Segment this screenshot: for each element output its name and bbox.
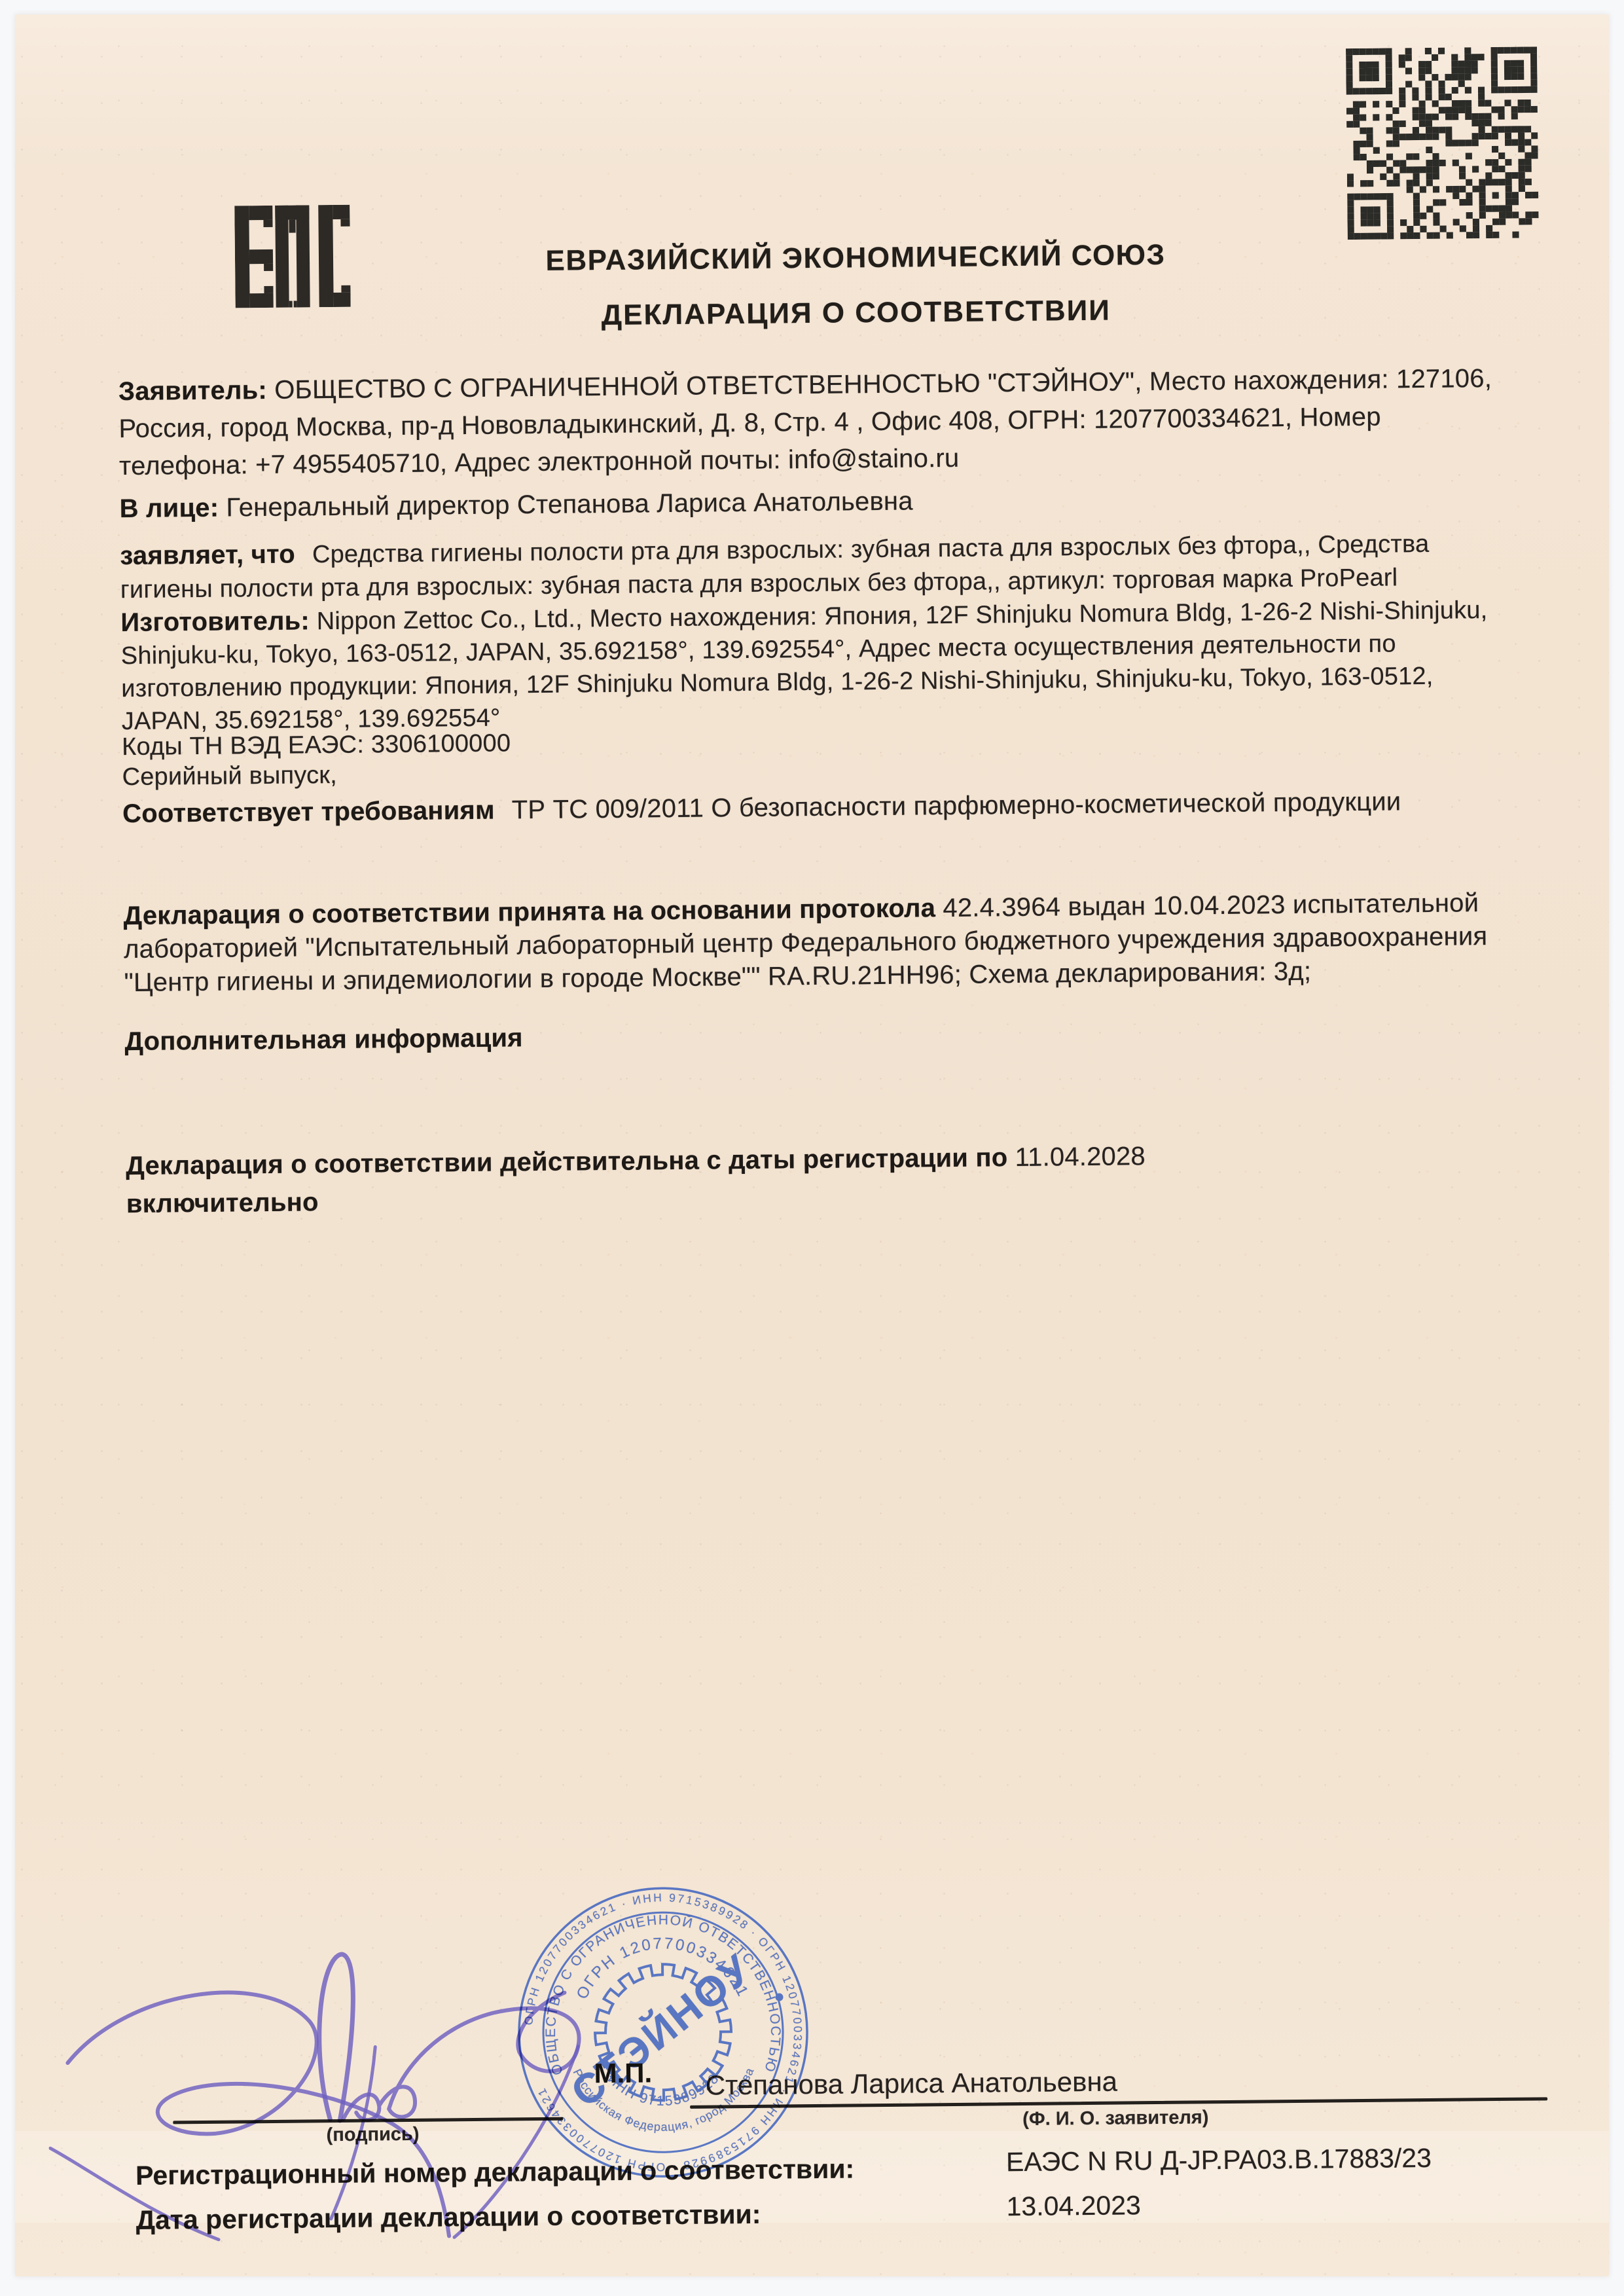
manufacturer-paragraph: Изготовитель: Nippon Zettoc Co., Ltd., М… (120, 593, 1511, 738)
validity-label: Декларация о соответствии действительна … (126, 1143, 1007, 1180)
reg-number-value: ЕАЭС N RU Д-JP.РА03.В.17883/23 (1006, 2143, 1432, 2178)
in-person-label: В лице: (119, 494, 219, 523)
printed-content: ЕВРАЗИЙСКИЙ ЭКОНОМИЧЕСКИЙ СОЮЗ ДЕКЛАРАЦИ… (0, 0, 1624, 2296)
declares-text: Средства гигиены полости рта для взрослы… (120, 530, 1430, 604)
validity-paragraph: Декларация о соответствии действительна … (126, 1134, 1515, 1223)
in-person-paragraph: В лице: Генеральный директор Степанова Л… (119, 479, 1508, 526)
applicant-paragraph: Заявитель: ОБЩЕСТВО С ОГРАНИЧЕННОЙ ОТВЕТ… (118, 360, 1509, 485)
page-title: ЕВРАЗИЙСКИЙ ЭКОНОМИЧЕСКИЙ СОЮЗ (162, 236, 1549, 280)
basis-paragraph: Декларация о соответствии принята на осн… (123, 886, 1513, 1000)
additional-info-heading: Дополнительная информация (124, 1012, 1513, 1059)
scanned-declaration-page: { "header": { "title_line1": "ЕВРАЗИЙСКИ… (0, 0, 1624, 2296)
qr-code-icon (1346, 46, 1539, 240)
validity-label2: включительно (126, 1172, 1515, 1223)
basis-label: Декларация о соответствии принята на осн… (123, 894, 935, 930)
conforms-label: Соответствует требованиям (122, 796, 495, 828)
validity-date: 11.04.2028 (1007, 1142, 1146, 1172)
applicant-text: ОБЩЕСТВО С ОГРАНИЧЕННОЙ ОТВЕТСТВЕННОСТЬЮ… (118, 364, 1492, 481)
fio-caption: (Ф. И. О. заявителя) (919, 2106, 1312, 2132)
conforms-text: ТР ТС 009/2011 О безопасности парфюмерно… (495, 787, 1401, 824)
stamp-place-label: М.П. (594, 2057, 652, 2089)
reg-date-value: 13.04.2023 (1006, 2190, 1141, 2222)
page-subtitle: ДЕКЛАРАЦИЯ О СООТВЕТСТВИИ (162, 291, 1550, 335)
manufacturer-label: Изготовитель: (120, 606, 310, 637)
applicant-label: Заявитель: (118, 376, 267, 406)
manufacturer-text: Nippon Zettoc Co., Ltd., Место нахождени… (121, 596, 1488, 735)
handwritten-signature (47, 1927, 600, 2266)
declares-label: заявляет, что (120, 540, 295, 571)
in-person-text: Генеральный директор Степанова Лариса Ан… (219, 486, 913, 522)
